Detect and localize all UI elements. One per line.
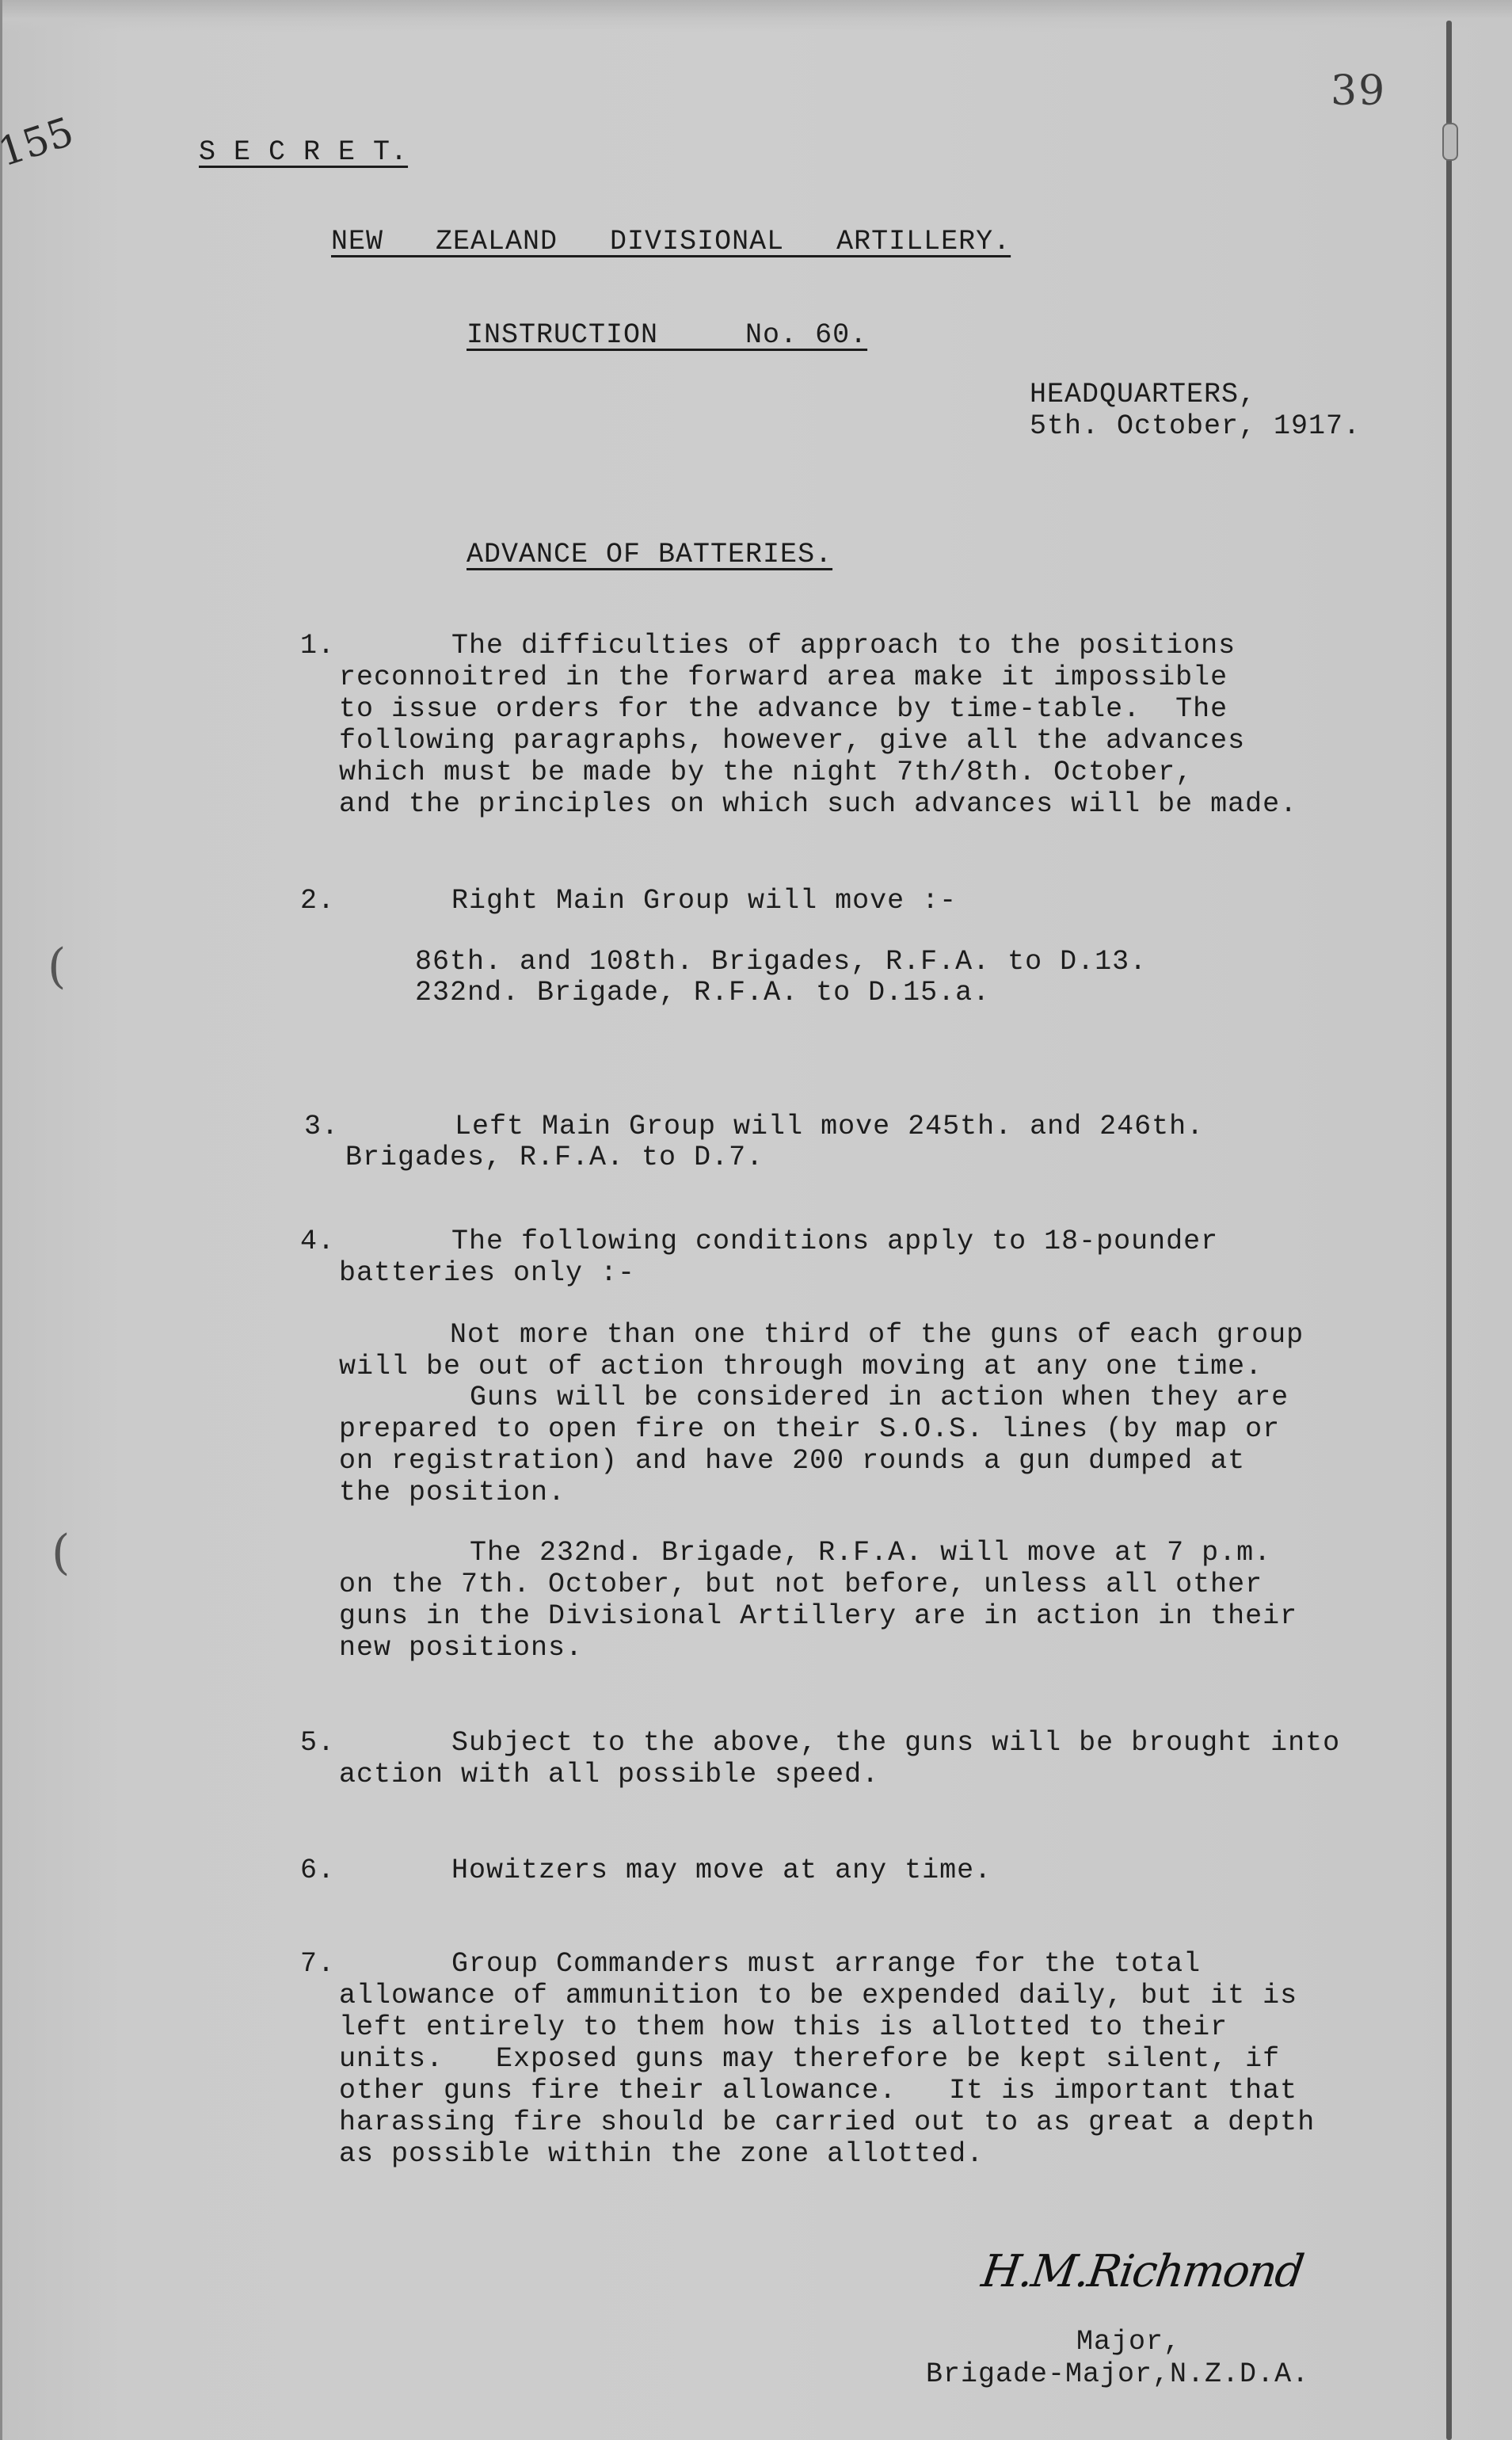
page-left-edge [0, 0, 2, 2440]
paragraph-line: units. Exposed guns may therefore be kep… [339, 2043, 1280, 2075]
paragraph-line: The difficulties of approach to the posi… [451, 630, 1236, 661]
sub-line: 86th. and 108th. Brigades, R.F.A. to D.1… [415, 946, 1147, 978]
paragraph-number: 3. [304, 1111, 339, 1142]
paragraph-line: to issue orders for the advance by time-… [339, 693, 1228, 725]
sub-paragraph-line: prepared to open fire on their S.O.S. li… [339, 1413, 1280, 1445]
sub-paragraph-line: Guns will be considered in action when t… [470, 1382, 1289, 1413]
paragraph-line: The following conditions apply to 18-pou… [451, 1226, 1218, 1257]
sub-paragraph-line: guns in the Divisional Artillery are in … [339, 1600, 1297, 1632]
document-title: ADVANCE OF BATTERIES. [467, 539, 832, 570]
signatory-rank: Major, [1076, 2326, 1181, 2358]
paragraph-line: Subject to the above, the guns will be b… [451, 1727, 1340, 1759]
paragraph-line: Howitzers may move at any time. [451, 1855, 992, 1886]
paragraph-line: following paragraphs, however, give all … [339, 725, 1245, 757]
margin-mark-2: ( [51, 1525, 70, 1580]
paragraph-line: left entirely to them how this is allott… [339, 2011, 1228, 2043]
headquarters-label: HEADQUARTERS, [1030, 379, 1256, 410]
paragraph-number: 5. [300, 1727, 335, 1759]
paragraph-line: Left Main Group will move 245th. and 246… [455, 1111, 1204, 1142]
classification-label: S E C R E T. [199, 136, 408, 168]
page-number: 39 [1331, 67, 1386, 115]
signatory-title: Brigade-Major,N.Z.D.A. [926, 2358, 1309, 2390]
paragraph-line: harassing fire should be carried out to … [339, 2106, 1315, 2138]
paragraph-line: other guns fire their allowance. It is i… [339, 2075, 1297, 2106]
paragraph-number: 7. [300, 1948, 335, 1980]
paragraph-number: 2. [300, 885, 335, 917]
sub-paragraph-line: will be out of action through moving at … [339, 1351, 1263, 1382]
sub-paragraph-line: on the 7th. October, but not before, unl… [339, 1569, 1263, 1600]
organization-title: NEW ZEALAND DIVISIONAL ARTILLERY. [331, 226, 1011, 257]
sub-paragraph-line: on registration) and have 200 rounds a g… [339, 1445, 1245, 1477]
paragraph-line: allowance of ammunition to be expended d… [339, 1980, 1297, 2011]
paragraph-line: reconnoitred in the forward area make it… [339, 661, 1228, 693]
paragraph-number: 4. [300, 1226, 335, 1257]
paragraph-line: and the principles on which such advance… [339, 788, 1297, 820]
paragraph-line: action with all possible speed. [339, 1759, 879, 1790]
paragraph-line: Brigades, R.F.A. to D.7. [345, 1142, 764, 1173]
page-top-shadow [0, 0, 1512, 32]
paragraph-number: 1. [300, 630, 335, 661]
sub-line: 232nd. Brigade, R.F.A. to D.15.a. [415, 977, 990, 1008]
instruction-number: INSTRUCTION No. 60. [467, 319, 867, 351]
paragraph-line: Right Main Group will move :- [451, 885, 957, 917]
binding-clip [1442, 123, 1458, 161]
paragraph-number: 6. [300, 1855, 335, 1886]
margin-mark-1: ( [48, 939, 66, 994]
sub-paragraph-line: the position. [339, 1477, 566, 1508]
paragraph-line: which must be made by the night 7th/8th.… [339, 757, 1193, 788]
handwritten-signature: H.M.Richmond [978, 2246, 1305, 2297]
binding-edge-line [1446, 21, 1452, 2440]
paragraph-line: Group Commanders must arrange for the to… [451, 1948, 1201, 1980]
sub-paragraph-line: new positions. [339, 1632, 583, 1664]
document-date: 5th. October, 1917. [1030, 410, 1361, 442]
paragraph-line: as possible within the zone allotted. [339, 2138, 984, 2170]
sub-paragraph-line: Not more than one third of the guns of e… [450, 1319, 1304, 1351]
sub-paragraph-line: The 232nd. Brigade, R.F.A. will move at … [470, 1537, 1271, 1569]
paragraph-line: batteries only :- [339, 1257, 635, 1289]
